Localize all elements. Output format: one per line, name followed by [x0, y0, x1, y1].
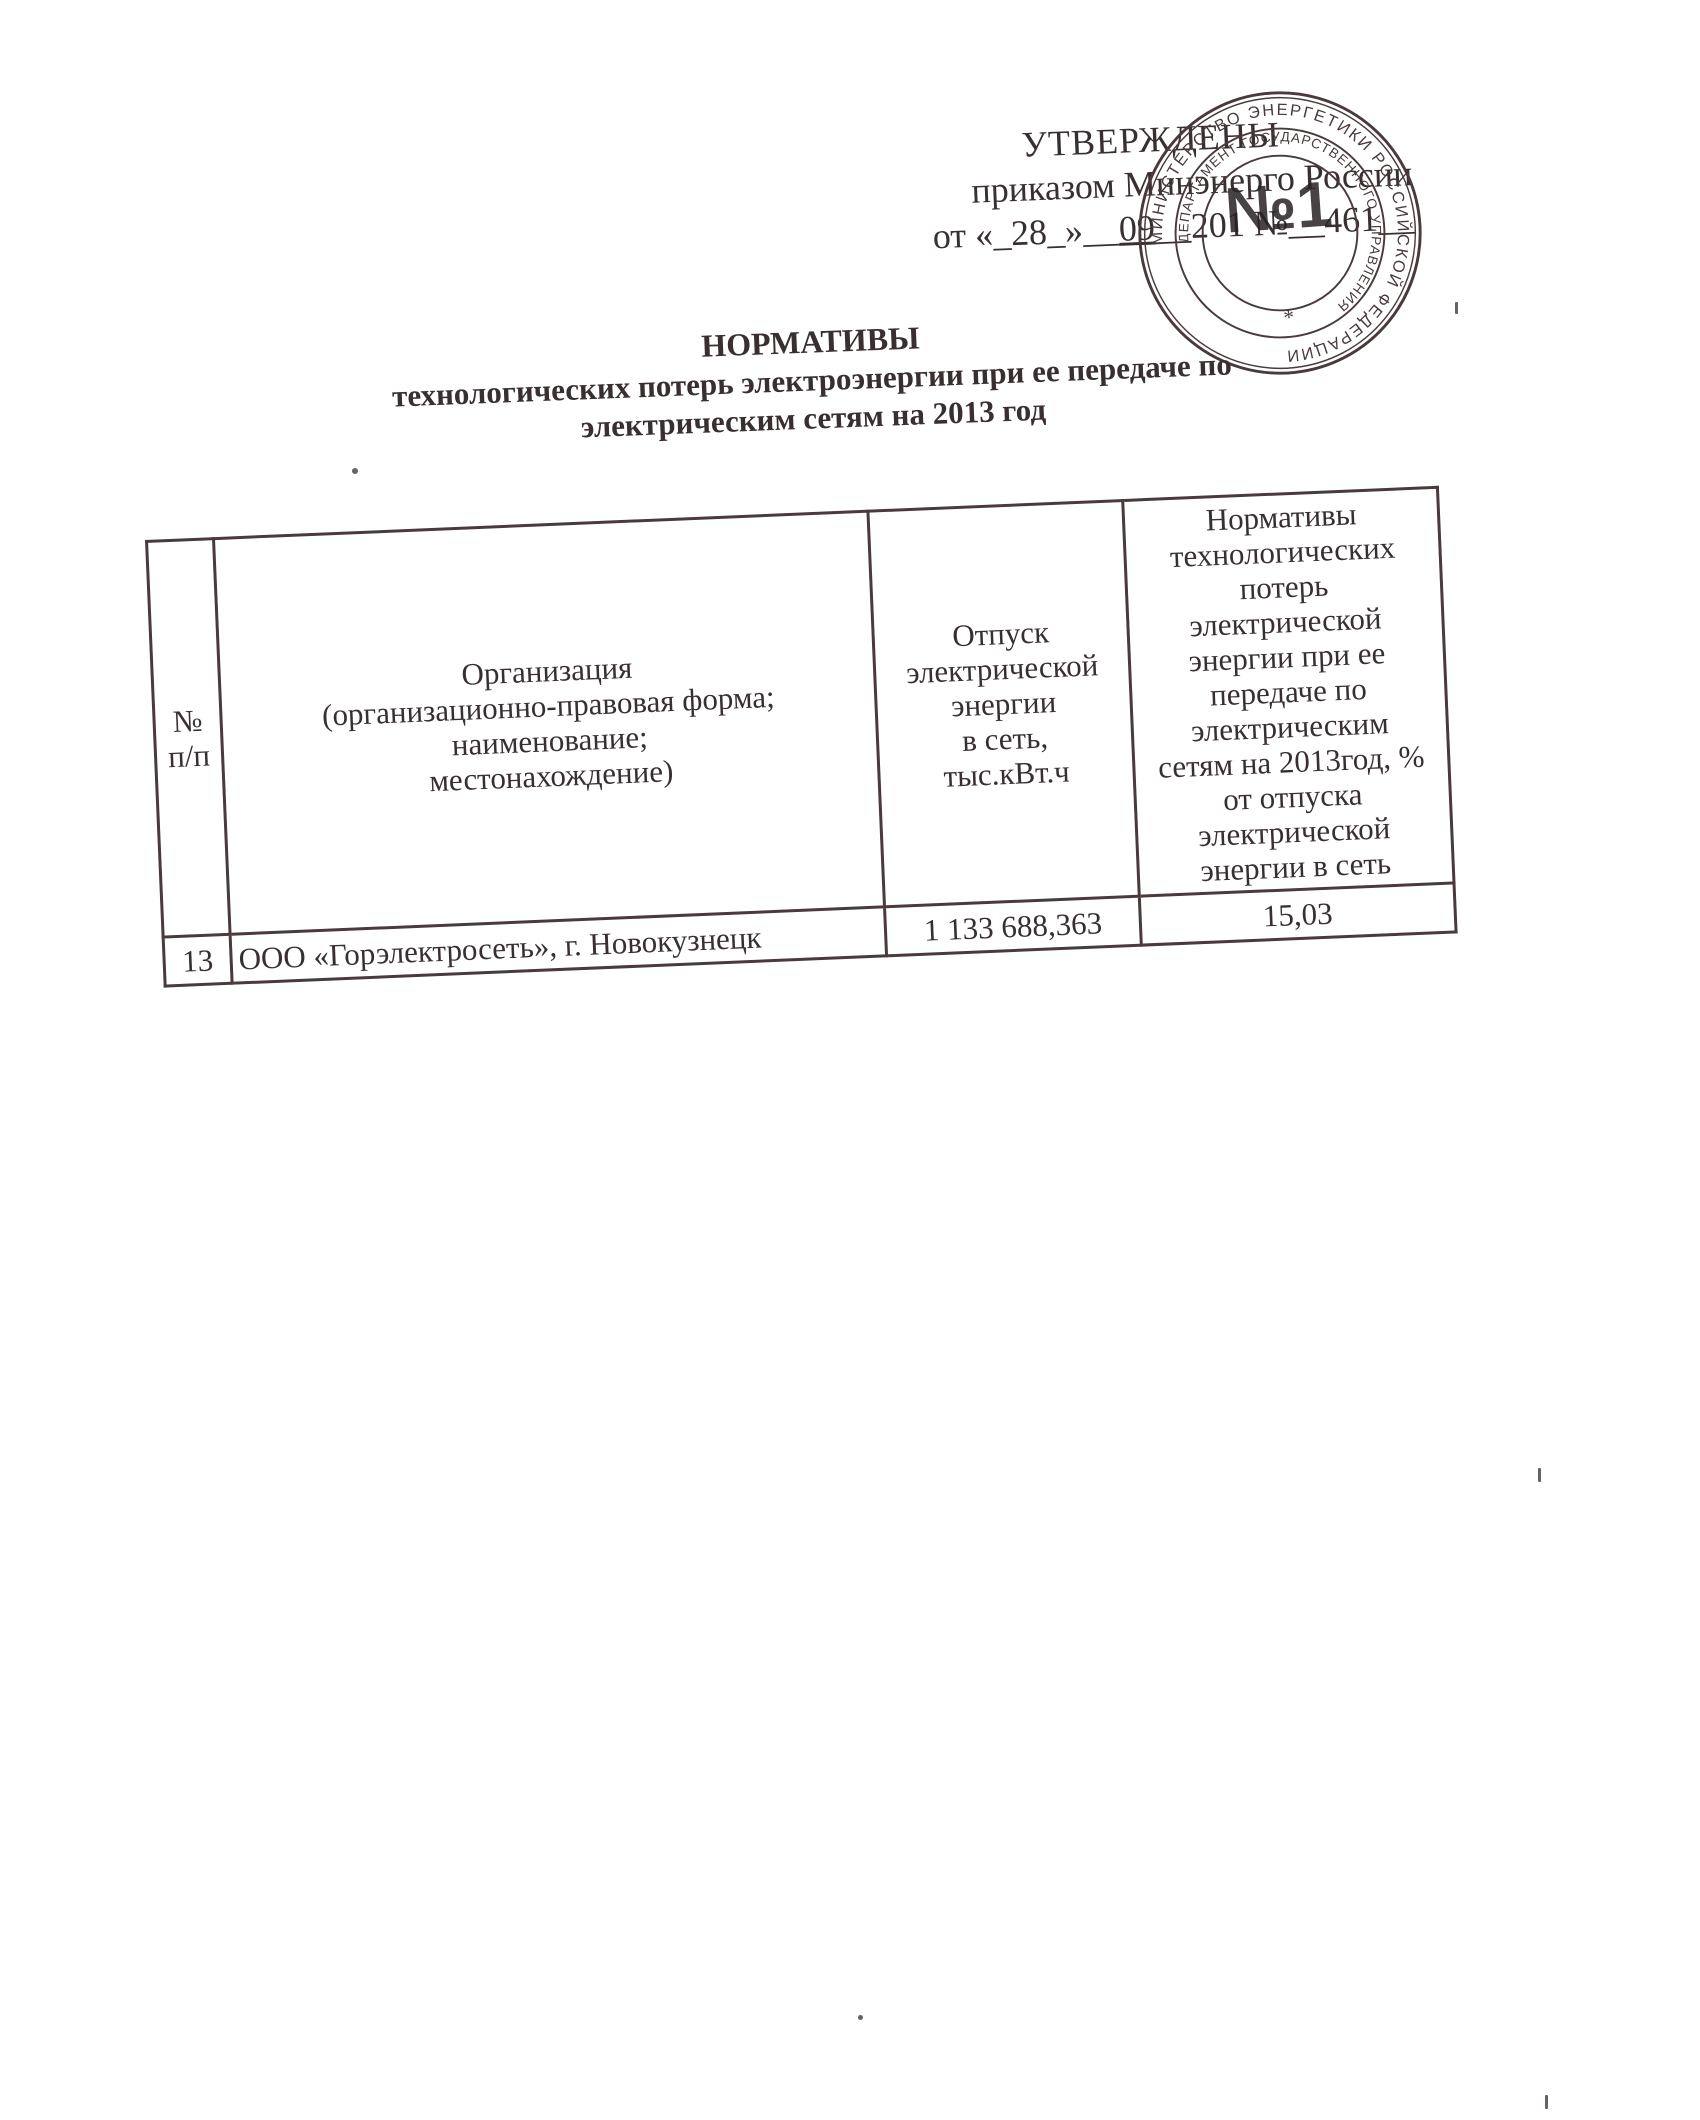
stamp-center-number: №1 — [1223, 166, 1335, 247]
scan-speck — [1455, 302, 1458, 314]
cell-supply: 1 133 688,363 — [885, 896, 1142, 956]
header-organization: Организация (организационно-правовая фор… — [214, 511, 885, 934]
cell-number: 13 — [163, 934, 232, 986]
norms-table: № п/п Организация (организационно-правов… — [145, 486, 1458, 988]
scan-speck — [1545, 2095, 1548, 2109]
scan-speck — [352, 468, 358, 474]
document-title: НОРМАТИВЫ технологических потерь электро… — [330, 303, 1294, 456]
norms-table-wrapper: № п/п Организация (организационно-правов… — [145, 486, 1458, 988]
table-header-row: № п/п Организация (организационно-правов… — [147, 487, 1454, 937]
scan-speck — [858, 2015, 863, 2020]
scan-speck — [1538, 1468, 1541, 1482]
approval-day: _28_ — [992, 211, 1066, 254]
header-loss-norm: Нормативы технологических потерь электри… — [1123, 487, 1454, 896]
header-supply: Отпуск электрической энергии в сеть, тыс… — [868, 501, 1139, 907]
